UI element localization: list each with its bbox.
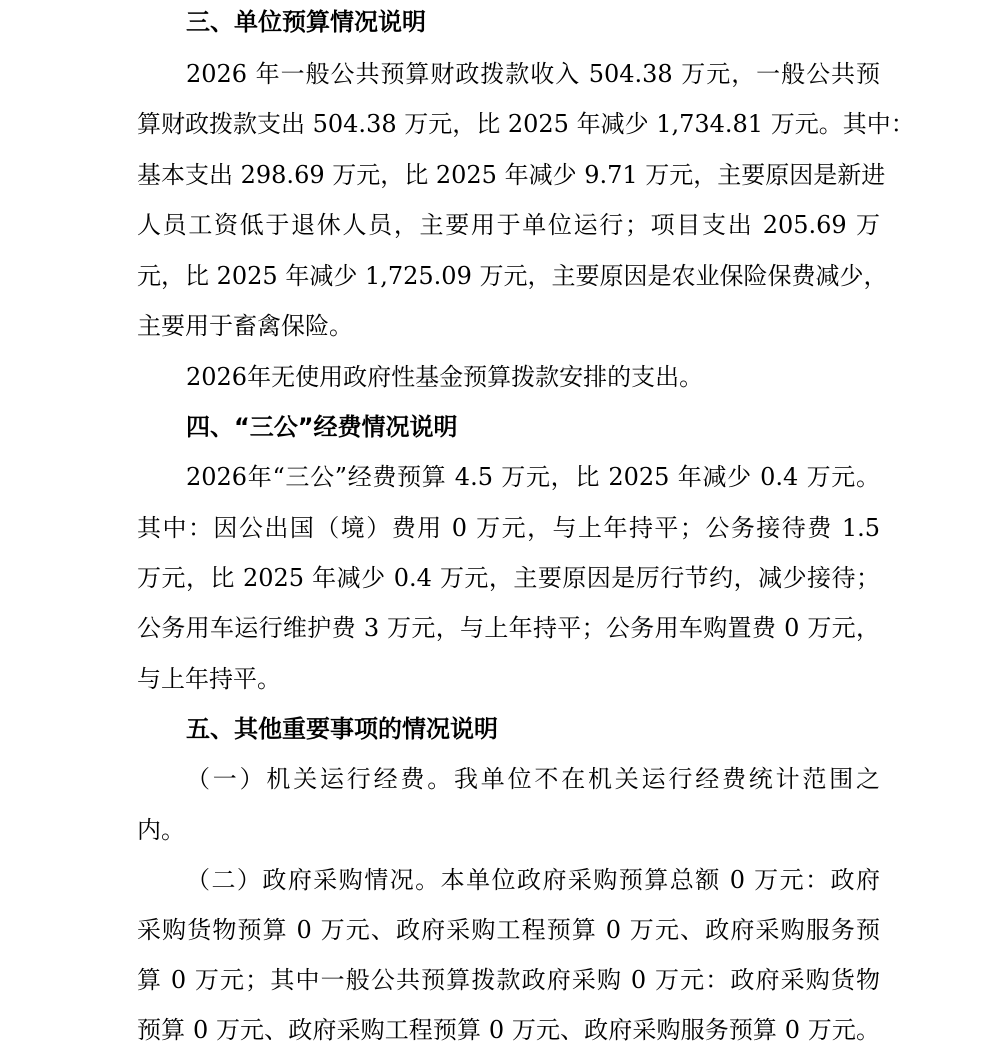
item1-label: （一）机关运行经费。 [186, 765, 454, 793]
paragraph-line: 基本支出 298.69 万元，比 2025 年减少 9.71 万元，主要原因是新… [137, 158, 880, 192]
paragraph-line: 其中：因公出国（境）费用 0 万元，与上年持平；公务接待费 1.5 [137, 511, 880, 545]
paragraph-line: 万元，比 2025 年减少 0.4 万元，主要原因是厉行节约，减少接待； [137, 561, 880, 595]
paragraph-line: 主要用于畜禽保险。 [137, 309, 880, 343]
paragraph-line: 采购货物预算 0 万元、政府采购工程预算 0 万元、政府采购服务预 [137, 913, 880, 947]
paragraph-line: 2026 年一般公共预算财政拨款收入 504.38 万元，一般公共预 [186, 57, 880, 91]
paragraph-line: 内。 [137, 813, 880, 847]
paragraph-line: 元，比 2025 年减少 1,725.09 万元，主要原因是农业保险保费减少， [137, 259, 880, 293]
paragraph-line: 算 0 万元；其中一般公共预算拨款政府采购 0 万元：政府采购货物 [137, 963, 880, 997]
paragraph-line: 公务用车运行维护费 3 万元，与上年持平；公务用车购置费 0 万元， [137, 611, 880, 645]
section-heading-three-public: 四、“三公”经费情况说明 [186, 410, 880, 444]
paragraph-line-item1: （一）机关运行经费。我单位不在机关运行经费统计范围之 [186, 762, 880, 796]
paragraph-line-fund: 2026年无使用政府性基金预算拨款安排的支出。 [186, 360, 880, 394]
paragraph-line: 预算 0 万元、政府采购工程预算 0 万元、政府采购服务预算 0 万元。 [137, 1013, 880, 1047]
item2-label: （二）政府采购情况。 [186, 866, 441, 894]
section-heading-unit-budget: 三、单位预算情况说明 [186, 5, 880, 39]
paragraph-line: 人员工资低于退休人员，主要用于单位运行；项目支出 205.69 万 [137, 208, 880, 242]
document-page: 三、单位预算情况说明 2026 年一般公共预算财政拨款收入 504.38 万元，… [0, 0, 1000, 1053]
paragraph-line-item2: （二）政府采购情况。本单位政府采购预算总额 0 万元：政府 [186, 863, 880, 897]
section-heading-other-matters: 五、其他重要事项的情况说明 [186, 712, 880, 746]
paragraph-line: 2026年“三公”经费预算 4.5 万元，比 2025 年减少 0.4 万元。 [186, 460, 880, 494]
paragraph-line: 算财政拨款支出 504.38 万元，比 2025 年减少 1,734.81 万元… [137, 107, 880, 141]
paragraph-line: 与上年持平。 [137, 662, 880, 696]
item1-text: 我单位不在机关运行经费统计范围之 [454, 765, 880, 793]
item2-text: 本单位政府采购预算总额 0 万元：政府 [441, 866, 880, 894]
